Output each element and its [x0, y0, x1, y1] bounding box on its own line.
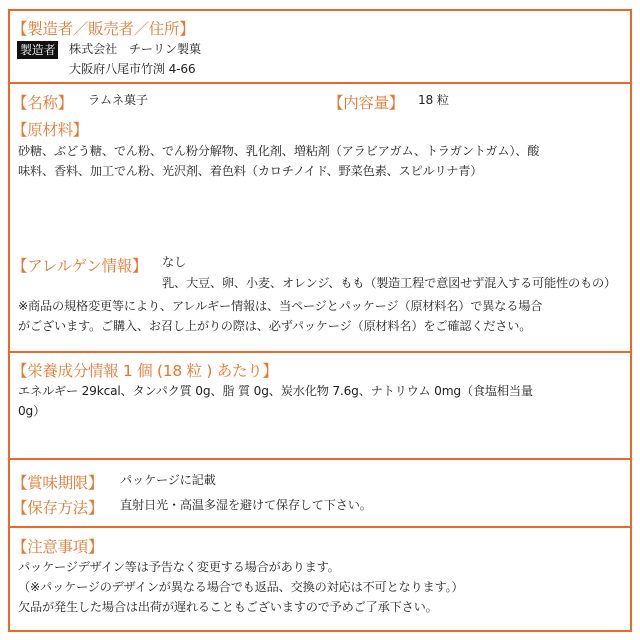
manufacturer-heading: 【製造者／販売者／住所】	[12, 17, 194, 39]
content-label: 【内容量】	[328, 91, 404, 113]
manufacturer-company: 株式会社 チーリン製菓	[69, 39, 201, 59]
notes-section: 【注意事項】 パッケージデザイン等は予告なく変更する場合があります。 （※パッケ…	[10, 528, 630, 630]
storage-method-value: 直射日光・高温多湿を避けて保存して下さい。	[120, 495, 372, 515]
product-section: 【名称】 ラムネ菓子 【内容量】 18 粒 【原材料】 砂糖、ぶどう糖、でん粉、…	[10, 84, 630, 353]
notes-heading: 【注意事項】	[12, 535, 103, 557]
product-info-table: 【製造者／販売者／住所】 製造者 株式会社 チーリン製菓 大阪府八尾市竹渕 4-…	[8, 9, 632, 632]
nutrition-line-1: エネルギー 29kcal、タンパク質 0g、脂 質 0g、炭水化物 7.6g、ナ…	[18, 381, 533, 401]
notes-line-3: 欠品が発生した場合は出荷が遅れることもございますので予めご了承下さい。	[18, 597, 438, 617]
manufacturer-address: 大阪府八尾市竹渕 4-66	[69, 59, 195, 79]
nutrition-line-2: 0g）	[18, 401, 45, 421]
ingredients-line-1: 砂糖、ぶどう糖、でん粉、でん粉分解物、乳化剤、増粘剤（アラビアガム、トラガントガ…	[18, 141, 539, 161]
nutrition-section: 【栄養成分情報 1 個 (18 粒 ) あたり】 エネルギー 29kcal、タン…	[10, 353, 630, 460]
allergen-heading: 【アレルゲン情報】	[12, 254, 147, 276]
allergen-contamination: 乳、大豆、卵、小麦、オレンジ、もも（製造工程で意図せず混入する可能性のもの）	[162, 273, 616, 293]
notes-line-1: パッケージデザイン等は予告なく変更する場合があります。	[18, 557, 340, 577]
nutrition-heading: 【栄養成分情報 1 個 (18 粒 ) あたり】	[12, 359, 278, 381]
notes-line-2: （※パッケージのデザインが異なる場合でも返品、交換の対応は不可となります。）	[18, 577, 463, 597]
ingredients-line-2: 味料、香料、加工でん粉、光沢剤、着色料（カロチノイド、野菜色素、スピルリナ青）	[18, 161, 482, 181]
allergen-value: なし	[162, 252, 186, 272]
manufacturer-section: 【製造者／販売者／住所】 製造者 株式会社 チーリン製菓 大阪府八尾市竹渕 4-…	[10, 11, 630, 84]
name-label: 【名称】	[12, 91, 73, 113]
storage-method-label: 【保存方法】	[12, 496, 103, 518]
expiry-value: パッケージに記載	[120, 470, 216, 490]
manufacturer-badge: 製造者	[17, 41, 58, 59]
allergen-note-line-2: がございます。ご購入、お召し上がりの際は、必ずパッケージ（原材料名）をご確認くだ…	[18, 316, 531, 336]
ingredients-heading: 【原材料】	[12, 118, 88, 140]
storage-section: 【賞味期限】 パッケージに記載 【保存方法】 直射日光・高温多湿を避けて保存して…	[10, 460, 630, 528]
name-value: ラムネ菓子	[88, 90, 148, 110]
expiry-label: 【賞味期限】	[12, 471, 103, 493]
allergen-note-line-1: ※商品の規格変更等により、アレルギー情報は、当ページとパッケージ（原材料名）で異…	[18, 296, 542, 316]
content-value: 18 粒	[418, 90, 449, 110]
